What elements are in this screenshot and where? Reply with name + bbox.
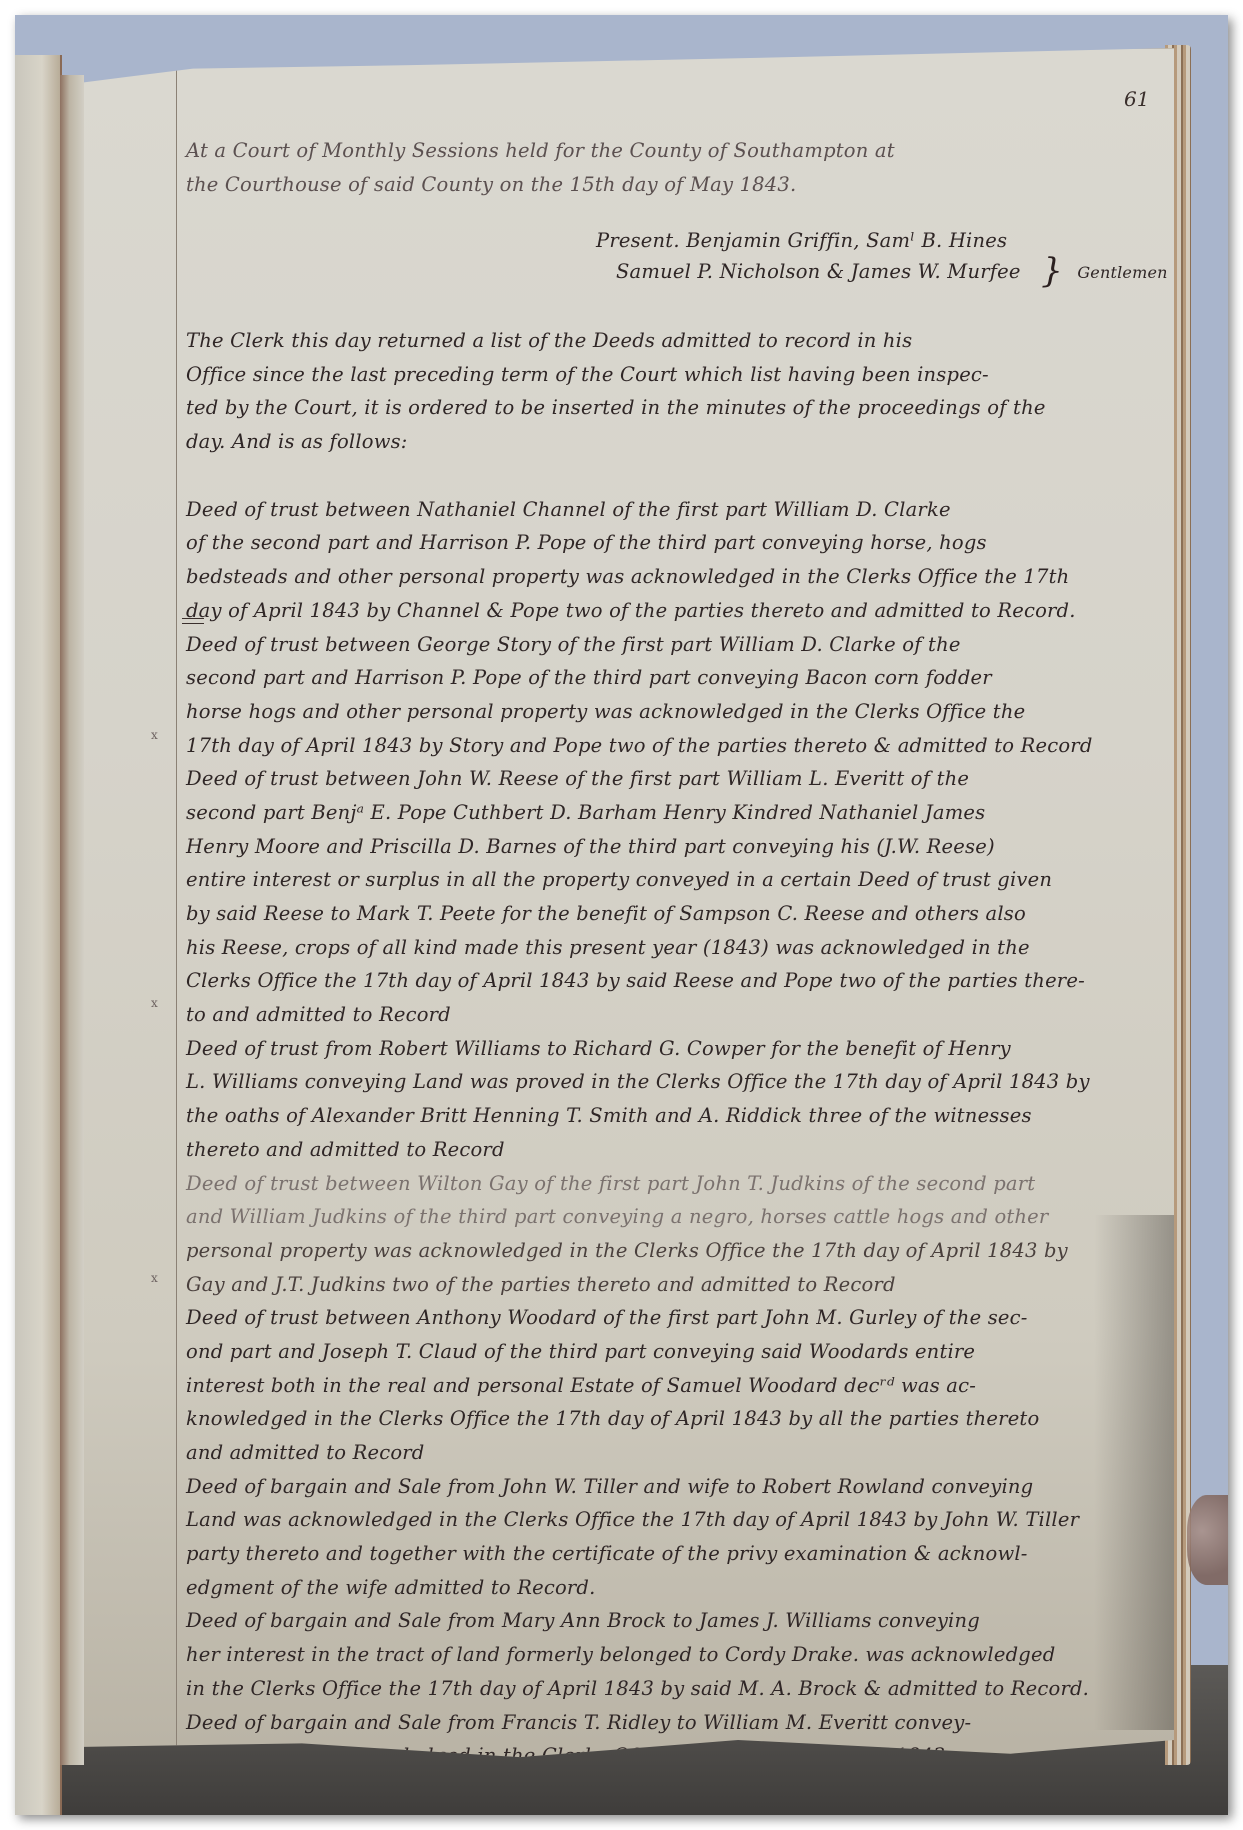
ledger-page: 61 At a Court of Monthly Sessions held f… [84,48,1174,1764]
entry-line: L. Williams conveying Land was proved in… [186,1065,1216,1099]
entry-line: in the Clerks Office the 17th day of Apr… [186,1672,1216,1706]
entry-line: the oaths of Alexander Britt Henning T. … [186,1099,1216,1133]
page-content: At a Court of Monthly Sessions held for … [186,134,1216,1773]
entry-line: knowledged in the Clerks Office the 17th… [186,1402,1216,1436]
present-label: Present. [596,229,680,252]
deed-entry: x Deed of trust between Anthony Woodard … [186,1301,1216,1469]
intro-line: day. And is as follows: [186,425,1216,459]
margin-tick-mark: x [151,1271,158,1285]
gentlemen-label: Gentlemen [1077,263,1167,282]
deed-entry: Deed of trust between Nathaniel Channel … [186,493,1216,628]
entry-line: Deed of trust between Wilton Gay of the … [186,1167,1216,1201]
entry-line: his Reese, crops of all kind made this p… [186,931,1216,965]
facing-page-edge [15,55,62,1815]
deed-entry: x Deed of trust between John W. Reese of… [186,762,1216,1032]
entry-line: Deed of trust between George Story of th… [186,628,1216,662]
entry-line: second part Benjᵃ E. Pope Cuthbert D. Ba… [186,796,1216,830]
entry-line: Deed of bargain and Sale from Francis T.… [186,1706,1216,1740]
entry-line: Deed of trust between Anthony Woodard of… [186,1301,1216,1335]
deed-entry: Deed of bargain and Sale from John W. Ti… [186,1470,1216,1605]
entry-line: Gay and J.T. Judkins two of the parties … [186,1268,1216,1302]
entry-line: Land was acknowledged in the Clerks Offi… [186,1503,1216,1537]
entry-line: bedsteads and other personal property wa… [186,560,1216,594]
entry-line: and William Judkins of the third part co… [186,1200,1216,1234]
present-line-1: Present. Benjamin Griffin, Samˡ B. Hines [596,226,1216,256]
book-binding [60,75,84,1765]
intro-line: The Clerk this day returned a list of th… [186,324,1216,358]
margin-tick-mark: x [151,728,158,742]
deed-entry: Deed of trust from Robert Williams to Ri… [186,1032,1216,1167]
entry-line: Clerks Office the 17th day of April 1843… [186,964,1216,998]
entry-line: of the second part and Harrison P. Pope … [186,526,1216,560]
entry-line: horse hogs and other personal property w… [186,695,1216,729]
entry-line: interest both in the real and personal E… [186,1369,1216,1403]
entry-line: entire interest or surplus in all the pr… [186,863,1216,897]
deed-entry: Deed of bargain and Sale from Mary Ann B… [186,1604,1216,1705]
clerk-intro-paragraph: The Clerk this day returned a list of th… [186,324,1216,459]
thumb-holding-page [1187,1495,1228,1585]
deed-entries-list: Deed of trust between Nathaniel Channel … [186,493,1216,1773]
intro-line: Office since the last preceding term of … [186,358,1216,392]
court-header: At a Court of Monthly Sessions held for … [186,134,1216,202]
entry-line: personal property was acknowledged in th… [186,1234,1216,1268]
entry-line: 17th day of April 1843 by Story and Pope… [186,729,1216,763]
entry-line: Deed of bargain and Sale from John W. Ti… [186,1470,1216,1504]
entry-line: Deed of trust from Robert Williams to Ri… [186,1032,1216,1066]
entry-line: by said Reese to Mark T. Peete for the b… [186,897,1216,931]
margin-rule [176,69,177,1759]
deed-entry-faded: Deed of trust between Wilton Gay of the … [186,1167,1216,1302]
present-line-2: Samuel P. Nicholson & James W. Murfee } … [616,256,1216,286]
entry-line: day of April 1843 by Channel & Pope two … [186,594,1216,628]
page-number: 61 [1124,87,1149,111]
double-rule-mark [182,618,204,624]
entry-line: Deed of trust between John W. Reese of t… [186,762,1216,796]
entry-line: to and admitted to Record [186,998,1216,1032]
present-names-2: Samuel P. Nicholson & James W. Murfee [616,260,1021,283]
deed-entry: x Deed of trust between George Story of … [186,628,1216,763]
entry-line: thereto and admitted to Record [186,1133,1216,1167]
margin-tick-mark: x [151,996,158,1010]
entry-line: edgment of the wife admitted to Record. [186,1571,1216,1605]
present-justices: Present. Benjamin Griffin, Samˡ B. Hines… [596,226,1216,286]
present-names-1: Benjamin Griffin, Samˡ B. Hines [686,229,1007,252]
entry-line: and admitted to Record [186,1436,1216,1470]
intro-line: ted by the Court, it is ordered to be in… [186,391,1216,425]
entry-line: Henry Moore and Priscilla D. Barnes of t… [186,830,1216,864]
scanned-ledger-photo: 61 At a Court of Monthly Sessions held f… [15,15,1228,1815]
entry-line: ond part and Joseph T. Claud of the thir… [186,1335,1216,1369]
entry-line: Deed of bargain and Sale from Mary Ann B… [186,1604,1216,1638]
brace-glyph: } [1041,251,1063,291]
header-line: the Courthouse of said County on the 15t… [186,168,1216,202]
header-line: At a Court of Monthly Sessions held for … [186,134,1216,168]
entry-line: party thereto and together with the cert… [186,1537,1216,1571]
entry-line: her interest in the tract of land former… [186,1638,1216,1672]
entry-line: Deed of trust between Nathaniel Channel … [186,493,1216,527]
entry-line: second part and Harrison P. Pope of the … [186,661,1216,695]
